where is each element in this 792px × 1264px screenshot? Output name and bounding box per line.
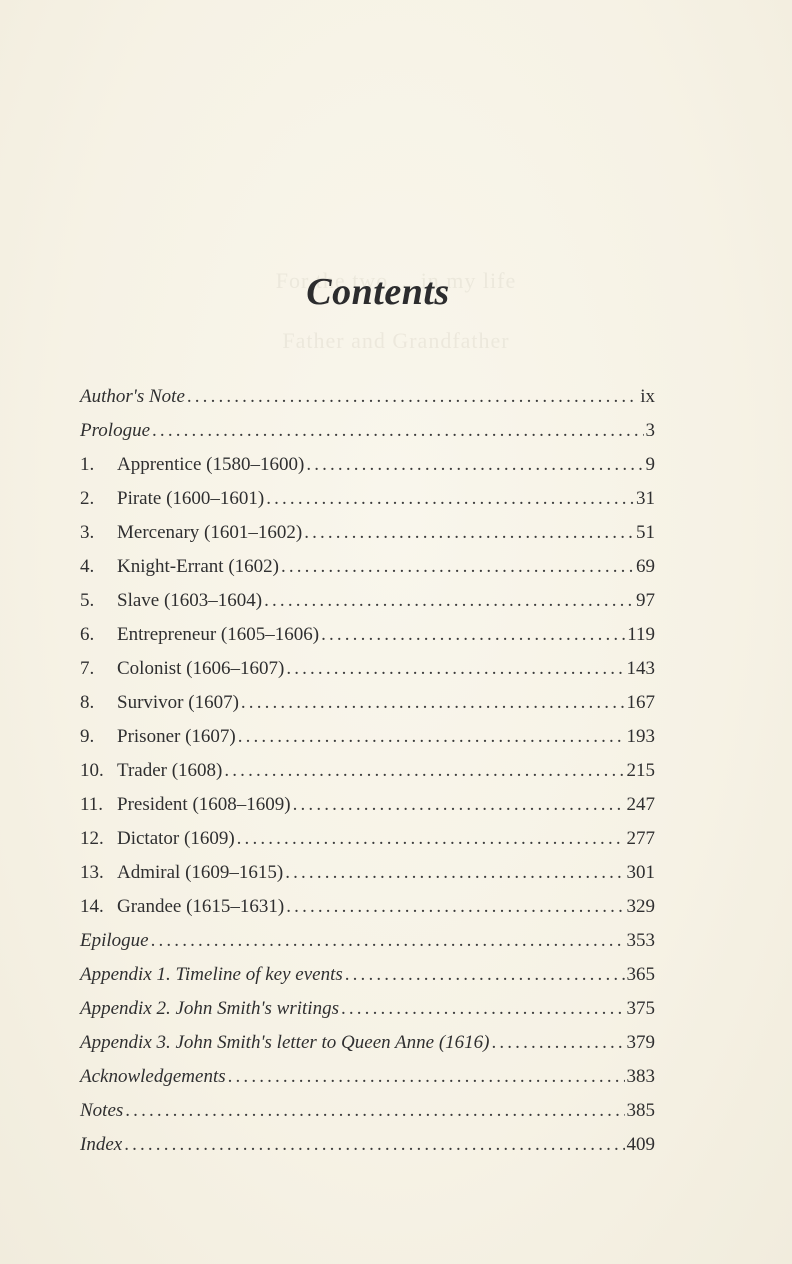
toc-label: Acknowledgements [80, 1060, 226, 1094]
toc-label: Pirate (1600–1601) [117, 482, 264, 516]
chapter-number: 6. [80, 618, 117, 652]
dot-leader [281, 550, 634, 584]
toc-page-number: 51 [636, 516, 655, 550]
chapter-number: 7. [80, 652, 117, 686]
toc-page-number: 69 [636, 550, 655, 584]
dot-leader [306, 448, 643, 482]
toc-page-number: 379 [627, 1026, 656, 1060]
toc-entry: Appendix 1. Timeline of key events 365 [80, 958, 655, 992]
book-page: For the two ... in my life Father and Gr… [0, 0, 792, 1264]
toc-label: Prisoner (1607) [117, 720, 236, 754]
dot-leader [491, 1026, 624, 1060]
toc-label: Slave (1603–1604) [117, 584, 262, 618]
toc-entry: 1. Apprentice (1580–1600) 9 [80, 448, 655, 482]
toc-entry: 9. Prisoner (1607) 193 [80, 720, 655, 754]
toc-page-number: 247 [627, 788, 656, 822]
dot-leader [286, 652, 624, 686]
chapter-number: 3. [80, 516, 117, 550]
chapter-number: 13. [80, 856, 117, 890]
toc-label: Grandee (1615–1631) [117, 890, 284, 924]
toc-page-number: 167 [627, 686, 656, 720]
toc-label: Notes [80, 1094, 123, 1128]
toc-label: Trader (1608) [117, 754, 222, 788]
dot-leader [345, 958, 625, 992]
toc-page-number: 385 [627, 1094, 656, 1128]
dot-leader [187, 380, 638, 414]
toc-label: Index [80, 1128, 122, 1162]
toc-page-number: 375 [627, 992, 656, 1026]
toc-entry: Epilogue 353 [80, 924, 655, 958]
toc-page-number: 119 [627, 618, 655, 652]
page-title: Contents [0, 270, 756, 314]
toc-page-number: 143 [627, 652, 656, 686]
toc-entry: 14. Grandee (1615–1631) 329 [80, 890, 655, 924]
showthrough-text: Father and Grandfather [0, 328, 792, 354]
dot-leader [341, 992, 625, 1026]
toc-entry: 8. Survivor (1607) 167 [80, 686, 655, 720]
toc-entry: Appendix 2. John Smith's writings 375 [80, 992, 655, 1026]
dot-leader [224, 754, 624, 788]
dot-leader [237, 822, 625, 856]
dot-leader [228, 1060, 625, 1094]
toc-page-number: 383 [627, 1060, 656, 1094]
toc-page-number: 31 [636, 482, 655, 516]
toc-label: Dictator (1609) [117, 822, 235, 856]
toc-entry: 7. Colonist (1606–1607) 143 [80, 652, 655, 686]
dot-leader [285, 856, 624, 890]
dot-leader [266, 482, 634, 516]
toc-page-number: 193 [627, 720, 656, 754]
chapter-number: 5. [80, 584, 117, 618]
toc-entry: Index 409 [80, 1128, 655, 1162]
toc-entry: Prologue 3 [80, 414, 655, 448]
toc-label: Appendix 3. John Smith's letter to Queen… [80, 1026, 489, 1060]
dot-leader [241, 686, 625, 720]
toc-label: Mercenary (1601–1602) [117, 516, 302, 550]
toc-label: Appendix 1. Timeline of key events [80, 958, 343, 992]
toc-label: Colonist (1606–1607) [117, 652, 284, 686]
toc-entry: 6. Entrepreneur (1605–1606) 119 [80, 618, 655, 652]
toc-label: Survivor (1607) [117, 686, 239, 720]
toc-entry: 13. Admiral (1609–1615) 301 [80, 856, 655, 890]
toc-page-number: 409 [627, 1128, 656, 1162]
chapter-number: 4. [80, 550, 117, 584]
toc-entry: Notes 385 [80, 1094, 655, 1128]
toc-entry: 2. Pirate (1600–1601) 31 [80, 482, 655, 516]
dot-leader [286, 890, 624, 924]
chapter-number: 9. [80, 720, 117, 754]
toc-entry: Acknowledgements 383 [80, 1060, 655, 1094]
dot-leader [264, 584, 634, 618]
toc-page-number: 365 [627, 958, 656, 992]
dot-leader [125, 1094, 624, 1128]
toc-page-number: 3 [646, 414, 656, 448]
toc-label: Prologue [80, 414, 150, 448]
toc-entry: 3. Mercenary (1601–1602) 51 [80, 516, 655, 550]
toc-entry: 10. Trader (1608) 215 [80, 754, 655, 788]
toc-label: Entrepreneur (1605–1606) [117, 618, 319, 652]
toc-page-number: 215 [627, 754, 656, 788]
table-of-contents: Author's Note ix Prologue 3 1. Apprentic… [80, 380, 655, 1162]
dot-leader [321, 618, 625, 652]
toc-label: Epilogue [80, 924, 149, 958]
dot-leader [293, 788, 625, 822]
toc-label: Admiral (1609–1615) [117, 856, 283, 890]
chapter-number: 14. [80, 890, 117, 924]
toc-page-number: 97 [636, 584, 655, 618]
toc-page-number: ix [640, 380, 655, 414]
chapter-number: 2. [80, 482, 117, 516]
toc-entry: Author's Note ix [80, 380, 655, 414]
dot-leader [238, 720, 625, 754]
toc-entry: 5. Slave (1603–1604) 97 [80, 584, 655, 618]
toc-label: Apprentice (1580–1600) [117, 448, 304, 482]
toc-label: Knight-Errant (1602) [117, 550, 279, 584]
chapter-number: 8. [80, 686, 117, 720]
toc-page-number: 353 [627, 924, 656, 958]
toc-entry: 12. Dictator (1609) 277 [80, 822, 655, 856]
dot-leader [152, 414, 643, 448]
chapter-number: 11. [80, 788, 117, 822]
chapter-number: 12. [80, 822, 117, 856]
toc-label: President (1608–1609) [117, 788, 291, 822]
toc-entry: 4. Knight-Errant (1602) 69 [80, 550, 655, 584]
toc-page-number: 9 [646, 448, 656, 482]
toc-page-number: 277 [627, 822, 656, 856]
chapter-number: 1. [80, 448, 117, 482]
toc-entry: Appendix 3. John Smith's letter to Queen… [80, 1026, 655, 1060]
dot-leader [304, 516, 634, 550]
toc-label: Author's Note [80, 380, 185, 414]
toc-label: Appendix 2. John Smith's writings [80, 992, 339, 1026]
toc-page-number: 301 [627, 856, 656, 890]
toc-page-number: 329 [627, 890, 656, 924]
toc-entry: 11. President (1608–1609) 247 [80, 788, 655, 822]
dot-leader [151, 924, 625, 958]
dot-leader [124, 1128, 624, 1162]
chapter-number: 10. [80, 754, 117, 788]
